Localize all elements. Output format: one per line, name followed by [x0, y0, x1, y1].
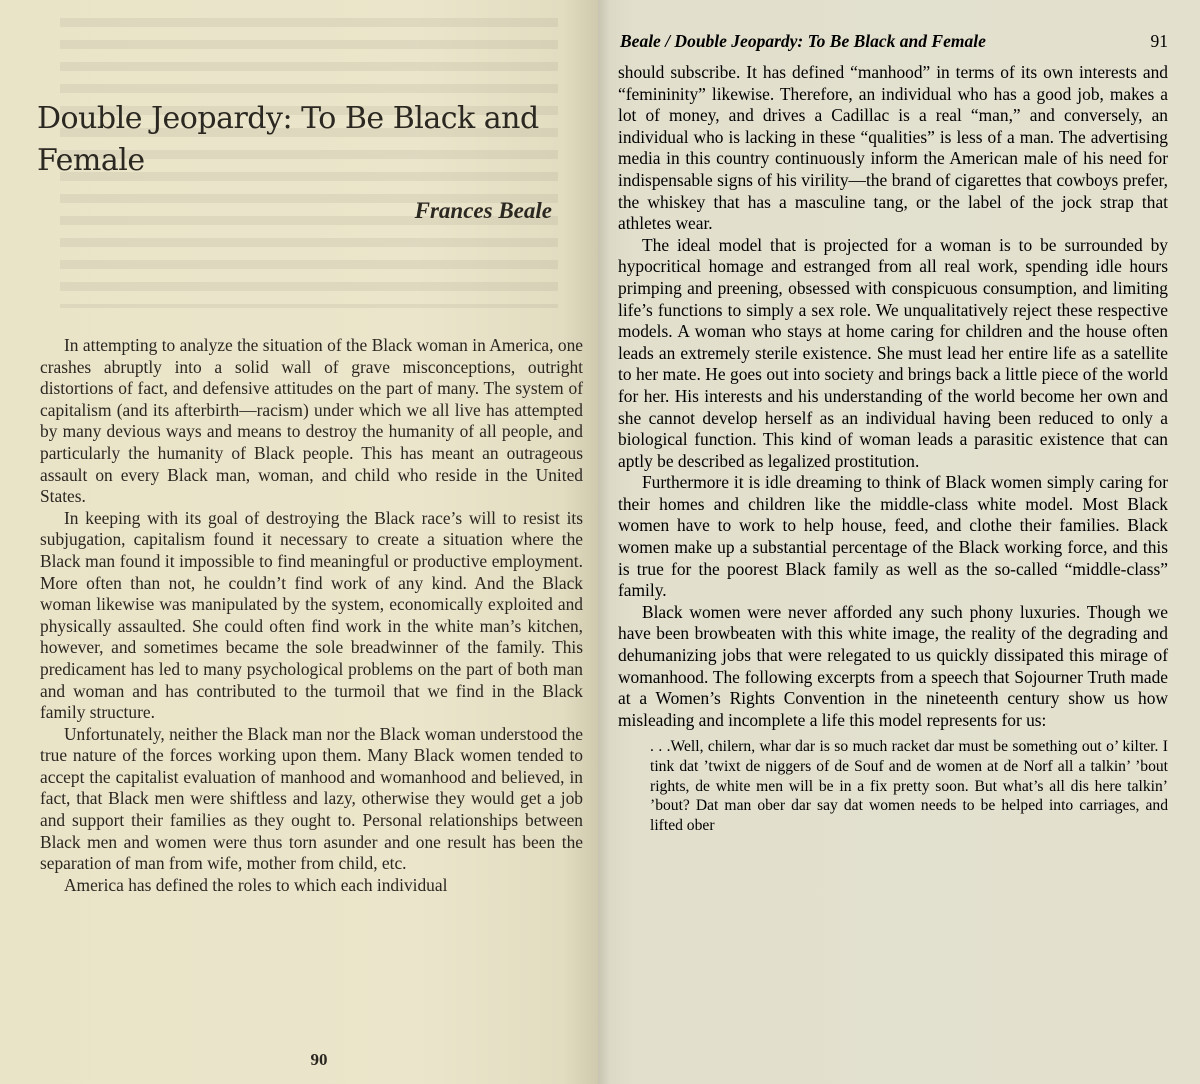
left-page: Double Jeopardy: To Be Black and Female … [0, 0, 598, 1084]
page-number-left: 90 [0, 1050, 598, 1070]
paragraph: Unfortunately, neither the Black man nor… [40, 724, 583, 875]
running-head: Beale / Double Jeopardy: To Be Black and… [620, 31, 1168, 52]
article-author: Frances Beale [415, 198, 552, 224]
left-page-body: In attempting to analyze the situation o… [40, 335, 583, 896]
book-spread: Double Jeopardy: To Be Black and Female … [0, 0, 1200, 1084]
paragraph: Black women were never afforded any such… [618, 602, 1168, 732]
paragraph: America has defined the roles to which e… [40, 875, 583, 897]
paragraph-continued: should subscribe. It has defined “manhoo… [618, 62, 1168, 235]
right-page-body: should subscribe. It has defined “manhoo… [618, 62, 1168, 835]
block-quote: . . .Well, chilern, whar dar is so much … [650, 737, 1168, 835]
paragraph: Furthermore it is idle dreaming to think… [618, 472, 1168, 602]
paragraph: In keeping with its goal of destroying t… [40, 508, 583, 724]
running-head-title: Beale / Double Jeopardy: To Be Black and… [620, 31, 986, 52]
article-title: Double Jeopardy: To Be Black and Female [37, 98, 557, 182]
page-number-right: 91 [1151, 31, 1169, 52]
paragraph: In attempting to analyze the situation o… [40, 335, 583, 508]
paragraph: The ideal model that is projected for a … [618, 235, 1168, 473]
